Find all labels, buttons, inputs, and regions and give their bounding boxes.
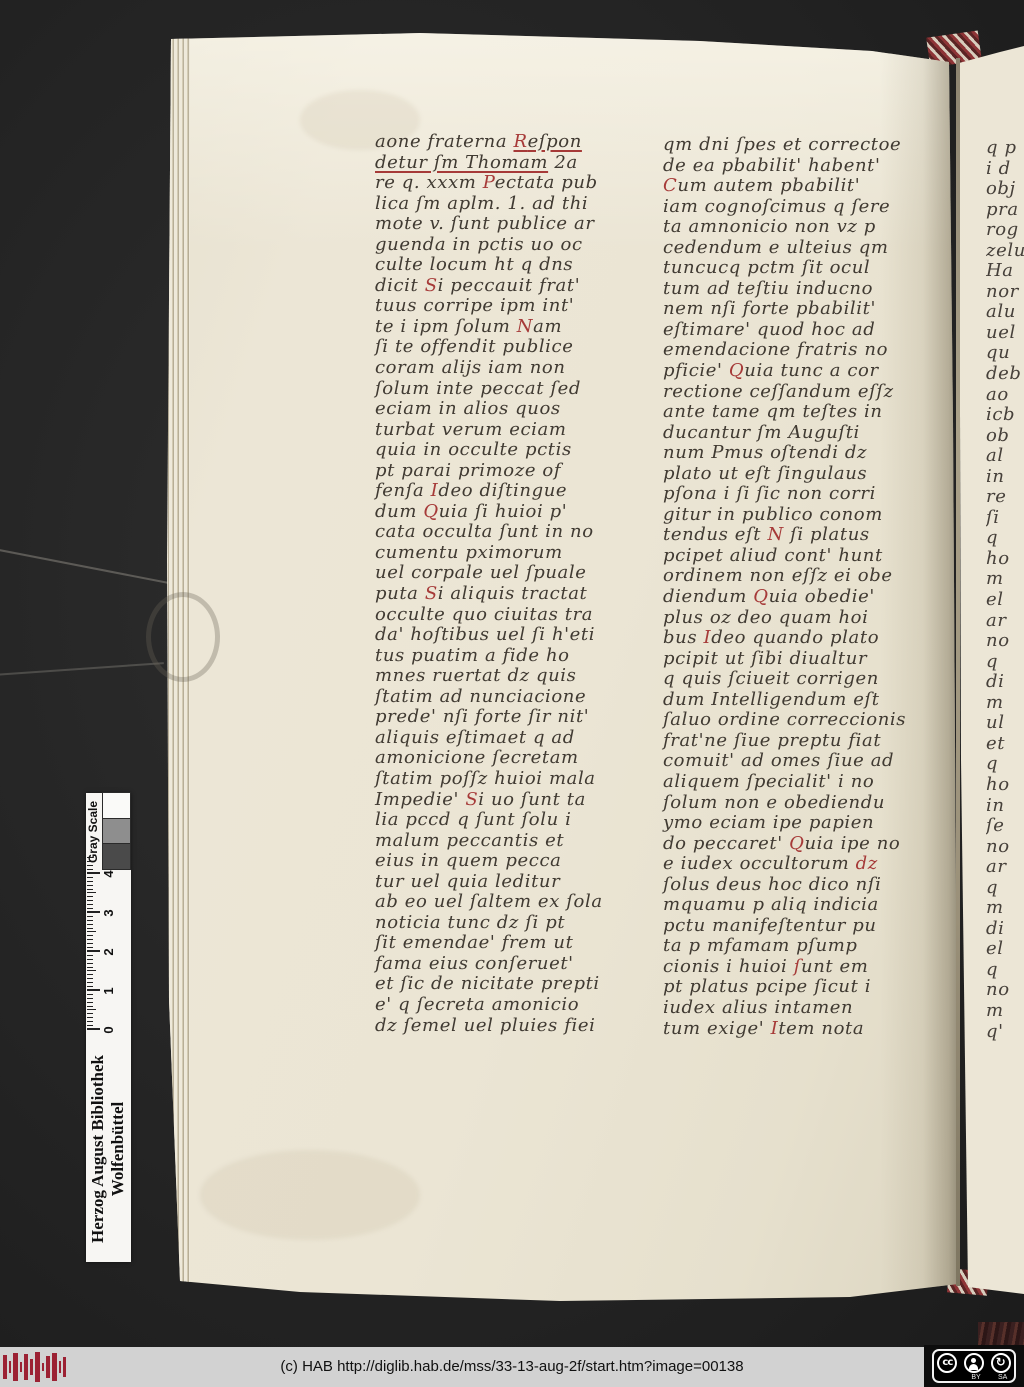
manuscript-line: ſolum non e obediendu: [663, 793, 945, 814]
grayscale-patch: [102, 818, 131, 845]
manuscript-line: q p: [986, 138, 1024, 159]
manuscript-line: culte locum ht q dns: [375, 255, 647, 276]
manuscript-line: qu: [986, 343, 1024, 364]
manuscript-line: fenſa Ideo diſtingue: [375, 481, 647, 502]
manuscript-line: no: [986, 837, 1024, 858]
manuscript-line: et: [986, 734, 1024, 755]
manuscript-line: pctu manifeſtentur pu: [663, 916, 945, 937]
grayscale-patches: [102, 793, 131, 870]
by-person-head: [971, 1358, 976, 1363]
manuscript-line: ul: [986, 713, 1024, 734]
manuscript-line: da' hoſtibus uel ſi h'eti: [375, 625, 647, 646]
manuscript-line: fama eius conſeruet': [375, 954, 647, 975]
credit-text: (c) HAB http://diglib.hab.de/mss/33-13-a…: [0, 1347, 1024, 1387]
ruler-tick: [87, 908, 93, 909]
manuscript-line: num Pmus oſtendi dz: [663, 443, 945, 464]
manuscript-line: q: [986, 960, 1024, 981]
manuscript-line: ab eo uel ſaltem ex ſola: [375, 892, 647, 913]
ruler-tick: [87, 955, 93, 956]
ruler-tick: [87, 986, 93, 987]
ruler-tick: [87, 974, 93, 975]
manuscript-line: bus Ideo quando plato: [663, 628, 945, 649]
manuscript-line: coram alijs iam non: [375, 358, 647, 379]
institution-label: Herzog August Bibliothek Wolfenbüttel: [87, 1038, 130, 1260]
manuscript-line: comuit' ad omes ſiue ad: [663, 751, 945, 772]
by-icon: BY: [964, 1353, 984, 1373]
manuscript-line: lia pccd q ſunt ſolu i: [375, 810, 647, 831]
manuscript-line: ao: [986, 385, 1024, 406]
manuscript-line: al: [986, 446, 1024, 467]
manuscript-line: tum ad teſtiu inducno: [663, 279, 945, 300]
manuscript-line: eius in quem pecca: [375, 851, 647, 872]
manuscript-line: nem nſi forte pbabilit': [663, 299, 945, 320]
ruler-tick: [87, 904, 93, 905]
ruler-tick: [87, 920, 93, 921]
grayscale-label: Gray Scale: [86, 793, 101, 871]
grayscale-patch: [102, 843, 131, 870]
ruler-tick: [87, 967, 93, 968]
manuscript-line: dz ſemel uel pluies fiei: [375, 1016, 647, 1037]
manuscript-line: lica ſm aplm. 1. ad thi: [375, 194, 647, 215]
manuscript-line: aliquis eſtimaet q ad: [375, 728, 647, 749]
grayscale-patch: [102, 792, 131, 819]
ruler-tick: [87, 924, 93, 925]
manuscript-line: obj: [986, 179, 1024, 200]
manuscript-line: mote v. ſunt publice ar: [375, 214, 647, 235]
ruler-tick: [87, 947, 93, 948]
manuscript-line: occulte quo ciuitas tra: [375, 605, 647, 626]
cc-license-badge: cc BY ↻ SA: [932, 1349, 1016, 1383]
manuscript-line: cumentu pximorum: [375, 543, 647, 564]
manuscript-line: ſtatim ad nunciacione: [375, 687, 647, 708]
manuscript-line: frat'ne ſiue preptu fiat: [663, 731, 945, 752]
manuscript-line: emendacione fratris no: [663, 340, 945, 361]
manuscript-line: cionis i huioi ſunt em: [663, 957, 945, 978]
ruler-tick: [87, 998, 93, 999]
left-text-column: aone fraterna Reſpondetur ſm Thomam 2are…: [375, 132, 647, 1036]
manuscript-line: quia in occulte pctis: [375, 440, 647, 461]
manuscript-line: mquamu p aliq indicia: [663, 895, 945, 916]
ruler-tick: [87, 1013, 93, 1014]
manuscript-line: di: [986, 919, 1024, 940]
ruler-tick: [87, 896, 93, 897]
manuscript-line: cedendum e ulteius qm: [663, 238, 945, 259]
right-text-column: qm dni ſpes et correctoede ea pbabilit' …: [663, 135, 945, 1039]
manuscript-line: e iudex occultorum dz: [663, 854, 945, 875]
manuscript-line: pficie' Quia tunc a cor: [663, 361, 945, 382]
institution-line2: Wolfenbüttel: [108, 1038, 128, 1260]
ruler-tick: [87, 916, 93, 917]
cc-panel: cc BY ↻ SA: [924, 1345, 1024, 1387]
ruler-number: 0: [101, 1020, 116, 1040]
manuscript-line: qm dni ſpes et correctoe: [663, 135, 945, 156]
manuscript-line: tuncucq pctm ſit ocul: [663, 258, 945, 279]
manuscript-line: no: [986, 631, 1024, 652]
manuscript-line: eſtimare' quod hoc ad: [663, 320, 945, 341]
manuscript-line: q: [986, 528, 1024, 549]
sa-label: SA: [991, 1374, 1015, 1382]
manuscript-line: q': [986, 1022, 1024, 1043]
ruler-tick: [87, 971, 96, 972]
sa-arrow-glyph: ↻: [996, 1355, 1006, 1369]
manuscript-line: ho: [986, 549, 1024, 570]
manuscript-line: m: [986, 1001, 1024, 1022]
manuscript-line: Impedie' Si uo ſunt ta: [375, 790, 647, 811]
grayscale-block: Gray Scale: [86, 793, 131, 871]
manuscript-line: zelu: [986, 241, 1024, 262]
manuscript-line: q: [986, 652, 1024, 673]
manuscript-line: noticia tunc dz ſi pt: [375, 913, 647, 934]
manuscript-line: iam cognoſcimus q ſere: [663, 197, 945, 218]
manuscript-line: uel corpale uel ſpuale: [375, 563, 647, 584]
film-artifact-line: [0, 548, 177, 585]
manuscript-line: iudex alius intamen: [663, 998, 945, 1019]
manuscript-line: uel: [986, 323, 1024, 344]
manuscript-line: dicit Si peccauit frat': [375, 276, 647, 297]
film-artifact-line: [0, 662, 164, 676]
manuscript-line: el: [986, 939, 1024, 960]
manuscript-line: detur ſm Thomam 2a: [375, 153, 647, 174]
by-label: BY: [964, 1374, 988, 1382]
manuscript-line: plus oz deo quam hoi: [663, 608, 945, 629]
ruler-tick: [87, 1002, 93, 1003]
manuscript-line: ob: [986, 426, 1024, 447]
ruler-tick: [87, 959, 93, 960]
manuscript-line: nor: [986, 282, 1024, 303]
ruler-tick: [87, 1021, 93, 1022]
ruler-tick: [87, 900, 93, 901]
manuscript-line: de ea pbabilit' habent': [663, 156, 945, 177]
manuscript-line: eciam in alios quos: [375, 399, 647, 420]
ruler-tick: [87, 932, 96, 933]
manuscript-line: ar: [986, 611, 1024, 632]
manuscript-line: in: [986, 796, 1024, 817]
manuscript-line: Cum autem pbabilit': [663, 176, 945, 197]
manuscript-line: re q. xxxm Pectata pub: [375, 173, 647, 194]
ruler-tick: [87, 881, 93, 882]
manuscript-line: q: [986, 878, 1024, 899]
manuscript-line: el: [986, 590, 1024, 611]
manuscript-line: Ha: [986, 261, 1024, 282]
ruler-tick: [87, 939, 93, 940]
ruler-tick: [87, 877, 93, 878]
gutter-fold: [956, 58, 960, 1286]
manuscript-line: re: [986, 487, 1024, 508]
ruler-tick: [87, 1025, 93, 1026]
manuscript-line: ſaluo ordine correccionis: [663, 710, 945, 731]
manuscript-line: ordinem non eſſz ei obe: [663, 566, 945, 587]
ruler-card-face: Herzog August Bibliothek Wolfenbüttel 01…: [86, 793, 131, 1262]
ruler-card: Herzog August Bibliothek Wolfenbüttel 01…: [86, 793, 131, 1262]
ruler-tick: [87, 1017, 93, 1018]
manuscript-line: malum peccantis et: [375, 831, 647, 852]
by-person-body: [969, 1364, 978, 1370]
manuscript-line: tum exige' Item nota: [663, 1019, 945, 1040]
institution-line1: Herzog August Bibliothek: [87, 1038, 108, 1260]
manuscript-line: puta Si aliquis tractat: [375, 584, 647, 605]
manuscript-line: pt platus pcipe ſicut i: [663, 977, 945, 998]
manuscript-line: plato ut eſt ſingulaus: [663, 464, 945, 485]
manuscript-line: pcipit ut ſibi diualtur: [663, 649, 945, 670]
manuscript-line: mnes ruertat dz quis: [375, 666, 647, 687]
manuscript-line: q: [986, 754, 1024, 775]
manuscript-line: ſolus deus hoc dico nſi: [663, 875, 945, 896]
manuscript-line: pt parai primoze of: [375, 461, 647, 482]
manuscript-line: rectione ceſſandum eſſz: [663, 382, 945, 403]
ruler-number: 3: [101, 903, 116, 923]
manuscript-line: rog: [986, 220, 1024, 241]
manuscript-line: prede' nſi forte ſir nit': [375, 707, 647, 728]
sa-icon: ↻ SA: [991, 1353, 1011, 1373]
manuscript-line: ta p mfamam pſump: [663, 936, 945, 957]
manuscript-line: in: [986, 467, 1024, 488]
manuscript-line: tuus corripe ipm int': [375, 296, 647, 317]
manuscript-line: pra: [986, 200, 1024, 221]
page-stain: [200, 1150, 420, 1240]
ruler-tick: [87, 873, 100, 875]
ruler-tick: [87, 982, 93, 983]
ruler-tick: [87, 990, 100, 992]
manuscript-line: dum Intelligendum eſt: [663, 690, 945, 711]
manuscript-line: dum Quia ſi huioi p': [375, 502, 647, 523]
manuscript-line: guenda in pctis uo oc: [375, 235, 647, 256]
manuscript-line: turbat verum eciam: [375, 420, 647, 441]
manuscript-line: ſi te offendit publice: [375, 337, 647, 358]
manuscript-line: i d: [986, 159, 1024, 180]
ruler-tick: [87, 978, 93, 979]
manuscript-line: no: [986, 980, 1024, 1001]
ruler-tick: [87, 963, 93, 964]
manuscript-line: amonicione ſecretam: [375, 748, 647, 769]
manuscript-line: tur uel quia leditur: [375, 872, 647, 893]
manuscript-line: ſi: [986, 508, 1024, 529]
manuscript-line: ho: [986, 775, 1024, 796]
ruler-tick: [87, 935, 93, 936]
manuscript-line: ſe: [986, 816, 1024, 837]
facing-page-text-fragments: q pi dobjprarogzeluHanoraluuelqudebaoicb…: [986, 138, 1024, 1058]
manuscript-line: ducantur ſm Auguſti: [663, 423, 945, 444]
manuscript-line: icb: [986, 405, 1024, 426]
ruler-tick: [87, 994, 93, 995]
manuscript-line: di: [986, 672, 1024, 693]
manuscript-line: pſona i ſi ſic non corri: [663, 484, 945, 505]
manuscript-line: gitur in publico conom: [663, 505, 945, 526]
ruler-tick: [87, 889, 93, 890]
ruler-tick: [87, 1006, 93, 1007]
manuscript-line: tendus eſt N ſi platus: [663, 525, 945, 546]
manuscript-line: m: [986, 693, 1024, 714]
ruler-number: 1: [101, 981, 116, 1001]
cm-ruler: 01234: [86, 849, 131, 1034]
ruler-tick: [87, 885, 93, 886]
ruler-tick: [87, 893, 96, 894]
ruler-tick: [87, 1010, 96, 1011]
ruler-tick: [87, 928, 93, 929]
manuscript-line: aliquem ſpecialit' i no: [663, 772, 945, 793]
manuscript-line: m: [986, 898, 1024, 919]
manuscript-line: ſolum inte peccat ſed: [375, 379, 647, 400]
manuscript-line: et ſic de nicitate prepti: [375, 974, 647, 995]
ruler-tick: [87, 951, 100, 953]
manuscript-line: ta amnonicio non vz p: [663, 217, 945, 238]
manuscript-line: aone fraterna Reſpon: [375, 132, 647, 153]
ruler-tick: [87, 1029, 100, 1031]
manuscript-line: m: [986, 569, 1024, 590]
ruler-number: 2: [101, 942, 116, 962]
manuscript-line: pcipet aliud cont' hunt: [663, 546, 945, 567]
manuscript-line: diendum Quia obedie': [663, 587, 945, 608]
manuscript-line: te i ipm ſolum Nam: [375, 317, 647, 338]
cc-icon: cc: [937, 1353, 957, 1373]
manuscript-line: cata occulta ſunt in no: [375, 522, 647, 543]
film-artifact-loop: [146, 592, 220, 682]
manuscript-line: ar: [986, 857, 1024, 878]
footer-bar: (c) HAB http://diglib.hab.de/mss/33-13-a…: [0, 1347, 1024, 1387]
manuscript-line: alu: [986, 302, 1024, 323]
manuscript-line: e' q ſecreta amonicio: [375, 995, 647, 1016]
manuscript-line: ſit emendae' frem ut: [375, 933, 647, 954]
manuscript-line: do peccaret' Quia ipe no: [663, 834, 945, 855]
manuscript-line: tus puatim a fide ho: [375, 646, 647, 667]
ruler-tick: [87, 912, 100, 914]
manuscript-line: q quis ſciueit corrigen: [663, 669, 945, 690]
manuscript-line: deb: [986, 364, 1024, 385]
manuscript-line: ante tame qm teſtes in: [663, 402, 945, 423]
manuscript-line: ſtatim poſſz huioi mala: [375, 769, 647, 790]
ruler-tick: [87, 943, 93, 944]
manuscript-line: ymo eciam ipe papien: [663, 813, 945, 834]
